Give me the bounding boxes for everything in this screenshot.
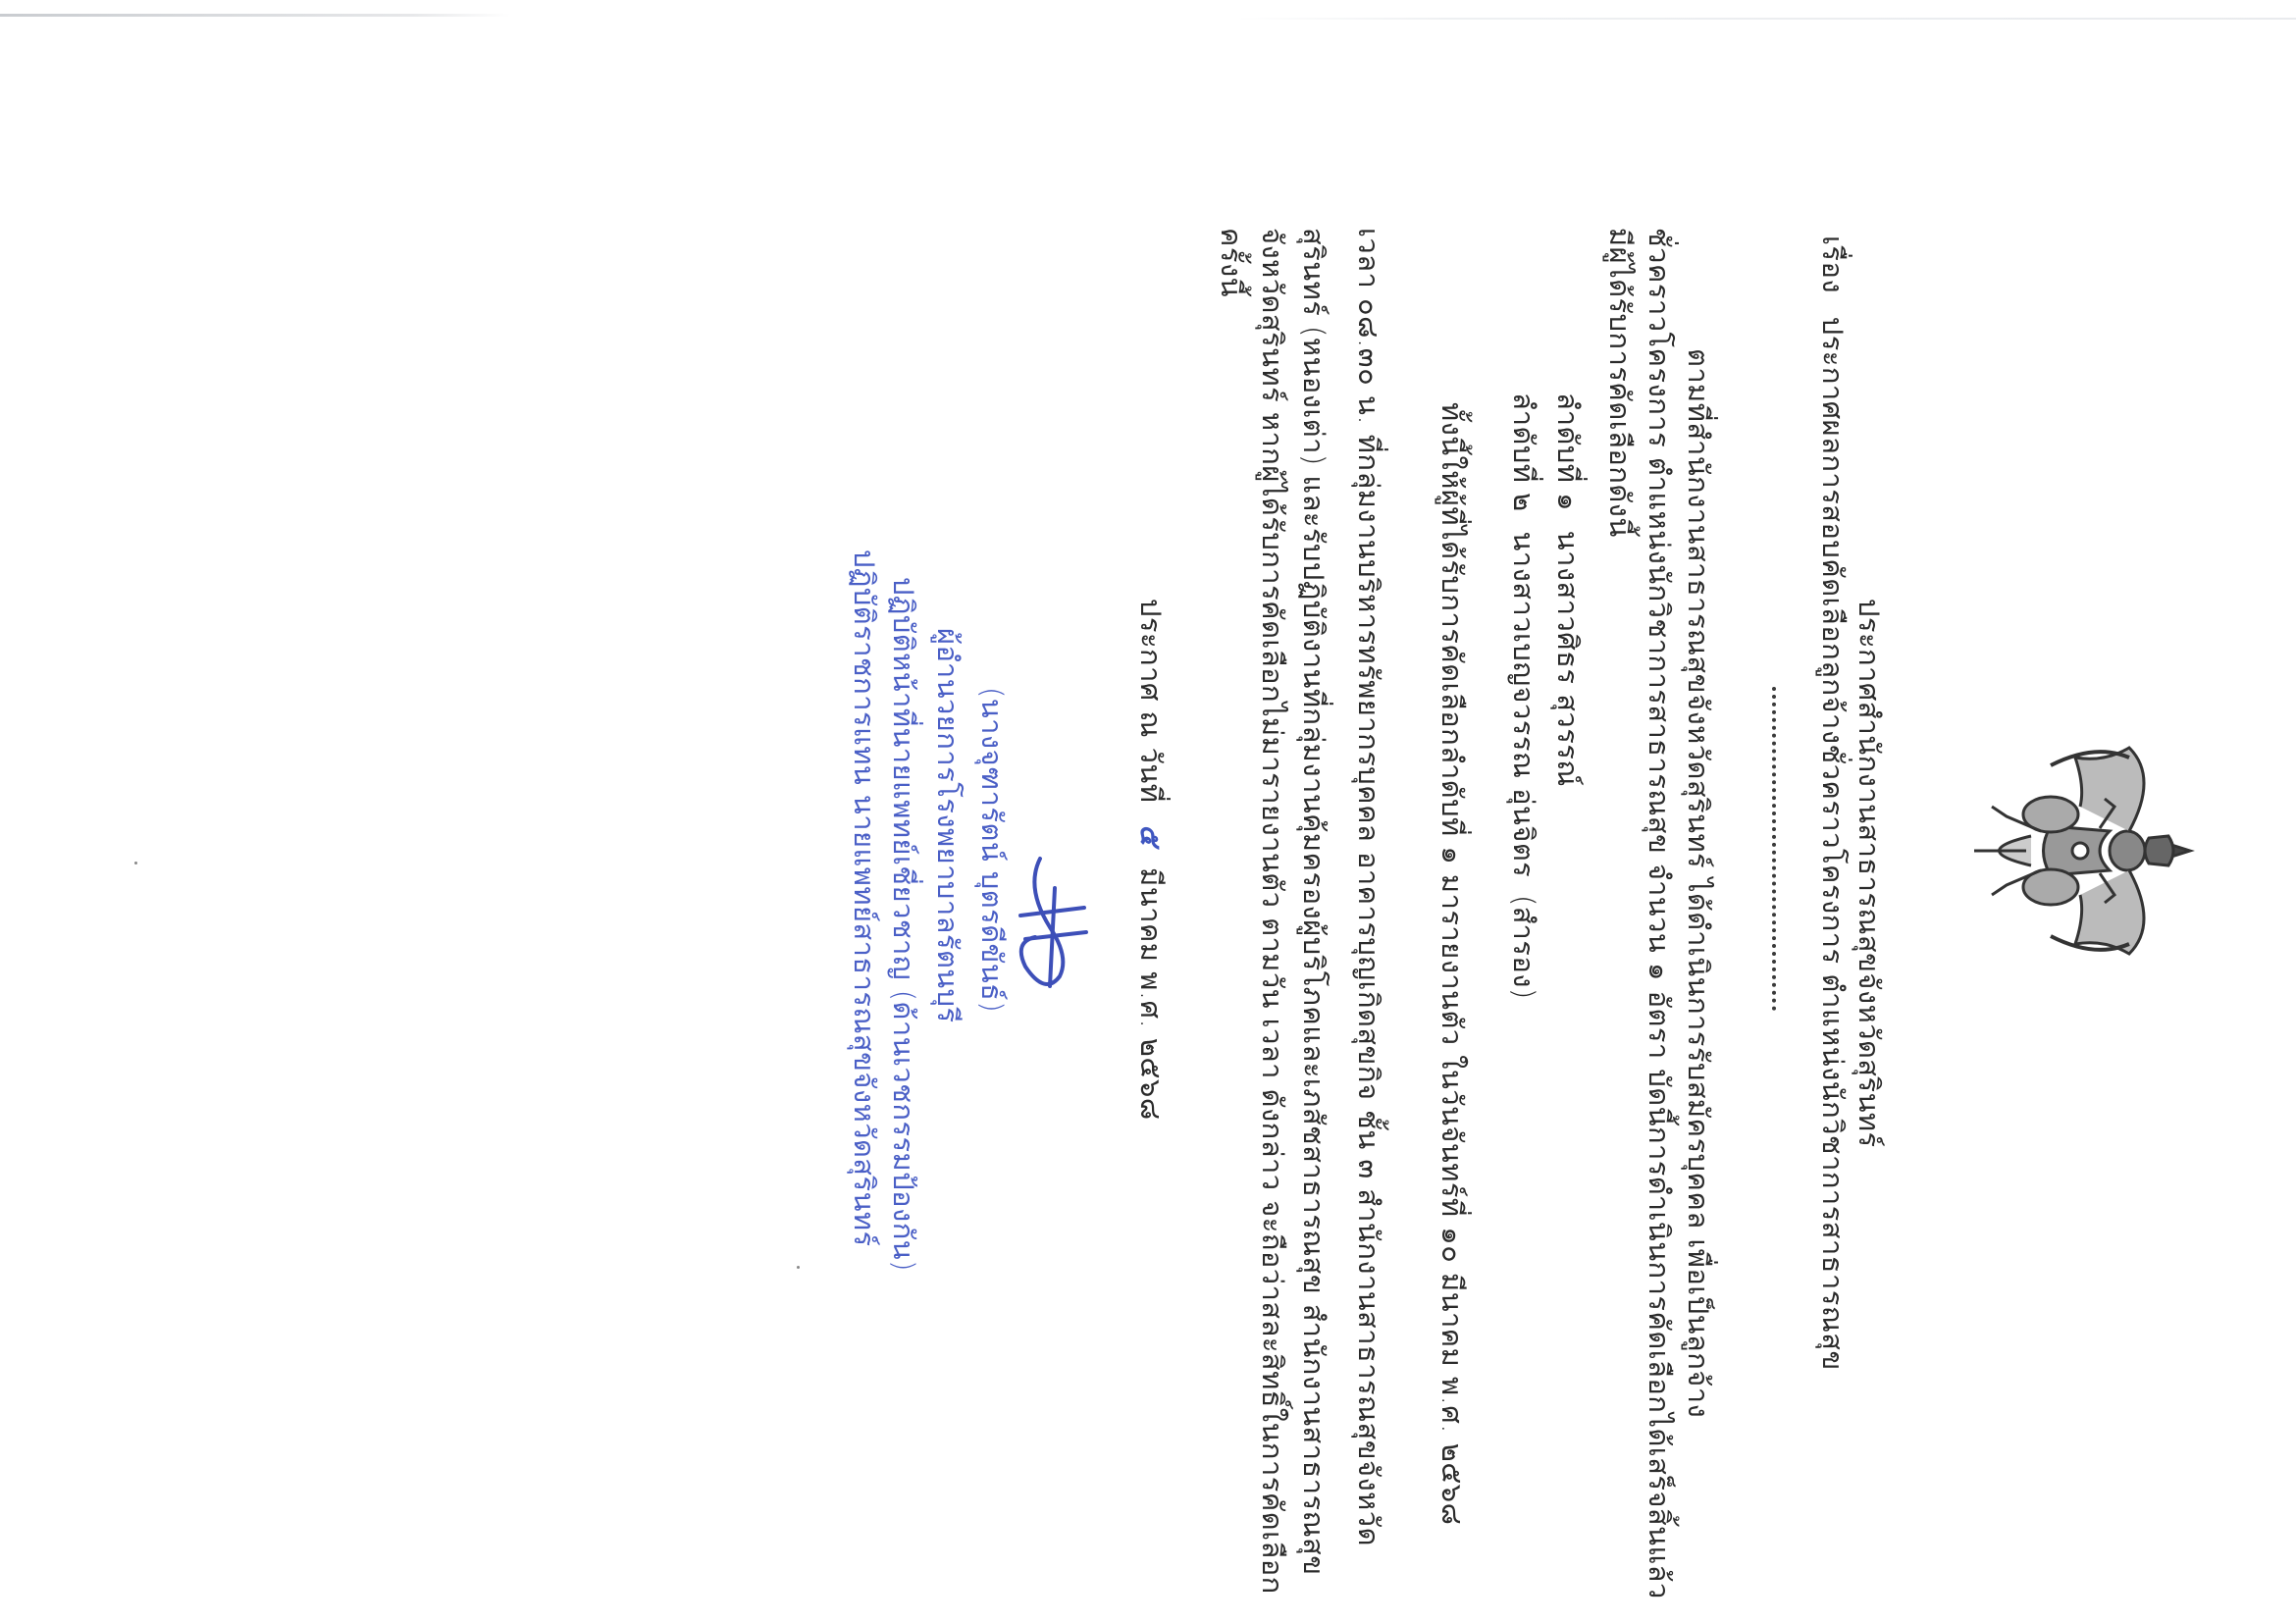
scan-speck — [797, 1266, 800, 1269]
candidate-list-item: ลำดับที่ ๒ นางสาวเบญจวรรณ อุ่นจิตร (สำรอ… — [1507, 393, 1540, 1000]
paragraph2-line: จังหวัดสุรินทร์ หากผู้ได้รับการคัดเลือกไ… — [1256, 228, 1289, 1595]
paragraph2-line: สุรินทร์ (หนองเต่า) และรับปฏิบัติงานที่ก… — [1297, 228, 1331, 1576]
paragraph1-line: ตามที่สำนักงานสาธารณสุขจังหวัดสุรินทร์ ไ… — [1682, 348, 1715, 1418]
signature-scribble-icon — [1011, 849, 1094, 1016]
paragraph2-line: ทั้งนี้ให้ผู้ที่ได้รับการคัดเลือกลำดับที… — [1435, 402, 1469, 1526]
agency-title: ประกาศสำนักงานสาธารณสุขจังหวัดสุรินทร์ — [1852, 599, 1886, 1148]
candidate-note: (สำรอง) — [1507, 895, 1540, 1000]
paragraph2-line: ครั้งนี้ — [1215, 228, 1248, 297]
scan-speck — [134, 862, 137, 864]
signatory-on-behalf: ปฏิบัติราชการแทน นายแพทย์สาธารณสุขจังหวั… — [848, 550, 881, 1247]
candidate-name: นางสาวศิธร สุวรรณ์ — [1551, 531, 1585, 787]
garuda-emblem-icon — [1967, 738, 2198, 964]
paragraph1-line: ชั่วคราวโครงการ ตำแหน่งนักวิชาการสาธารณส… — [1643, 228, 1676, 1599]
candidate-list-item: ลำดับที่ ๑ นางสาวศิธร สุวรรณ์ — [1551, 393, 1585, 787]
signatory-name: (นางจุฑารัตน์ บุตรดีขันธ์) — [975, 687, 1009, 1013]
subject-label: เรื่อง — [1816, 236, 1850, 293]
candidate-name: นางสาวเบญจวรรณ อุ่นจิตร — [1507, 531, 1540, 877]
rotated-document-page: ประกาศสำนักงานสาธารณสุขจังหวัดสุรินทร์ เ… — [0, 0, 2296, 1623]
handwritten-day: ๕ — [1134, 824, 1168, 846]
subject-line: เรื่อง ประกาศผลการสอบคัดเลือกลูกจ้างชั่ว… — [1816, 236, 1850, 1371]
announcement-date: ประกาศ ณ วันที่ ๕ มีนาคม พ.ศ. ๒๕๖๘ — [1134, 599, 1168, 1121]
candidate-rank: ลำดับที่ ๑ — [1551, 393, 1585, 511]
date-month-year: มีนาคม พ.ศ. ๒๕๖๘ — [1134, 867, 1168, 1120]
paragraph1-line: มีผู้ได้รับการคัดเลือกดังนี้ — [1603, 228, 1637, 538]
title-separator — [1772, 687, 1776, 1011]
subject-text: ประกาศผลการสอบคัดเลือกลูกจ้างชั่วคราวโคร… — [1816, 317, 1850, 1371]
signatory-acting-role: ปฏิบัติหน้าที่นายแพทย์เชี่ยวชาญ (ด้านเวช… — [887, 577, 920, 1272]
candidate-rank: ลำดับที่ ๒ — [1507, 393, 1540, 512]
paragraph2-line: เวลา ๐๘.๓๐ น. ที่กลุ่มงานบริหารทรัพยากรบ… — [1352, 228, 1385, 1546]
signatory-position: ผู้อำนวยการโรงพยาบาลรัตนบุรี — [931, 628, 965, 1023]
date-prefix: ประกาศ ณ วันที่ — [1134, 599, 1168, 803]
